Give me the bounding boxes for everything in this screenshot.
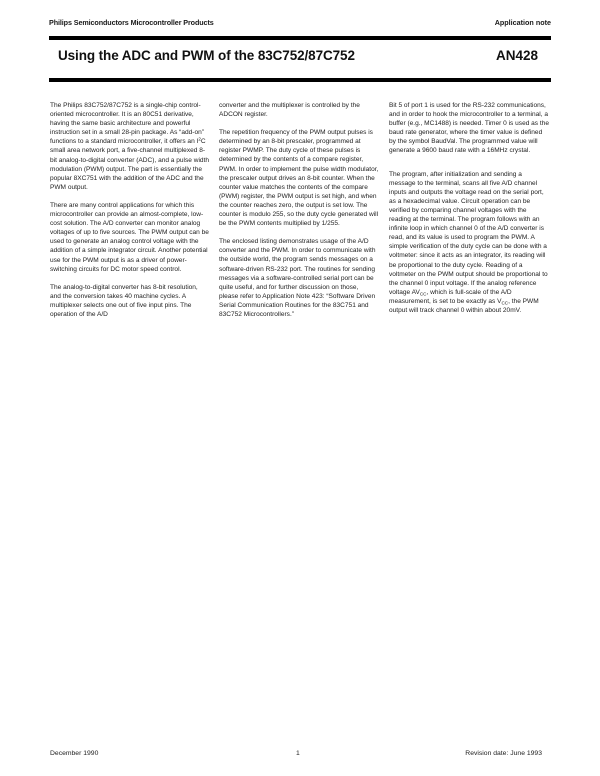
footer-revision-date: Revision date: June 1993: [465, 750, 542, 757]
running-header-company: Philips Semiconductors Microcontroller P…: [49, 18, 214, 27]
paragraph: converter and the multiplexer is control…: [219, 101, 379, 119]
paragraph: The Philips 83C752/87C752 is a single-ch…: [50, 101, 210, 192]
page-number: 1: [296, 750, 300, 757]
paragraph: Bit 5 of port 1 is used for the RS-232 c…: [389, 101, 549, 156]
header-rule-top: [49, 36, 551, 40]
paragraph: The enclosed listing demonstrates usage …: [219, 237, 379, 319]
paragraph: The program, after initialization and se…: [389, 170, 549, 316]
column-2: converter and the multiplexer is control…: [219, 101, 379, 328]
paragraph: The analog-to-digital converter has 8-bi…: [50, 283, 210, 319]
doc-number: AN428: [496, 48, 538, 63]
footer-date: December 1990: [50, 750, 98, 757]
running-header-doc-type: Application note: [495, 18, 551, 27]
column-3: Bit 5 of port 1 is used for the RS-232 c…: [389, 101, 549, 324]
column-1: The Philips 83C752/87C752 is a single-ch…: [50, 101, 210, 328]
header-rule-bottom: [49, 78, 551, 82]
page-title: Using the ADC and PWM of the 83C752/87C7…: [58, 48, 355, 63]
paragraph: The repetition frequency of the PWM outp…: [219, 128, 379, 228]
paragraph: There are many control applications for …: [50, 201, 210, 274]
